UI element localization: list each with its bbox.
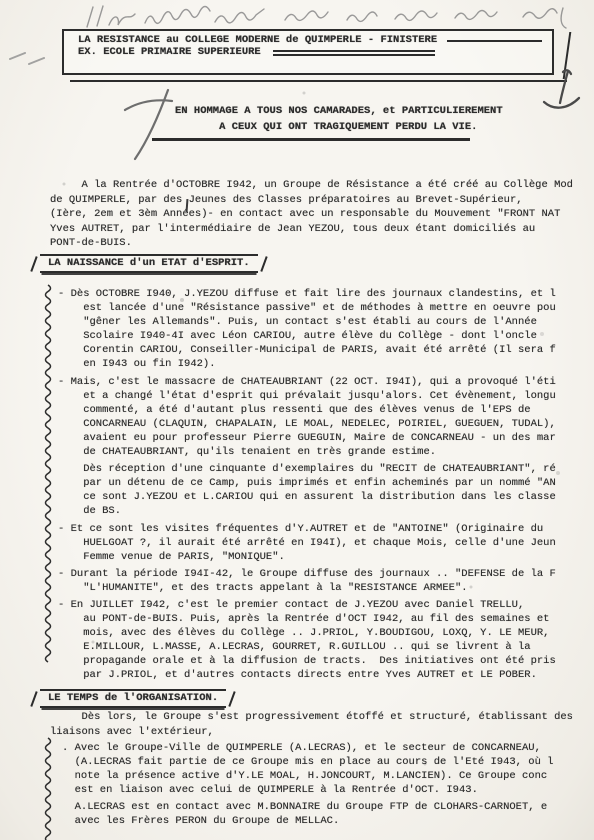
section-list-organisation: . Avec le Groupe-Ville de QUIMPERLE (A.L… [62, 741, 592, 832]
section-heading-naissance: LA NAISSANCE d'un ETAT d'ESPRIT. [33, 254, 265, 273]
list-item: Dès réception d'une cinquante d'exemplai… [58, 462, 594, 518]
heading-slash-mark [228, 691, 235, 707]
heading-slash-mark [260, 256, 267, 272]
list-item: - Et ce sont les visites fréquentes d'Y.… [58, 522, 594, 564]
subtitle-rule [273, 50, 435, 56]
scan-noise-specks [0, 0, 2, 2]
title-box: LA RESISTANCE au COLLEGE MODERNE de QUIM… [62, 29, 554, 75]
document-title: LA RESISTANCE au COLLEGE MODERNE de QUIM… [78, 34, 437, 46]
title-box-shadow-line [70, 80, 567, 82]
document-subtitle: EX. ECOLE PRIMAIRE SUPERIEURE [78, 46, 261, 58]
list-item: - Mais, c'est le massacre de CHATEAUBRIA… [58, 375, 594, 460]
heading-slash-mark [30, 691, 37, 707]
heading-slash-mark [30, 256, 37, 272]
margin-dash-marks [8, 46, 50, 70]
margin-brace [43, 285, 54, 665]
list-item: - Durant la période I94I-42, le Groupe d… [58, 567, 594, 595]
list-item: - En JUILLET I942, c'est le premier cont… [58, 598, 594, 683]
list-item: - Dès OCTOBRE I940, J.YEZOU diffuse et f… [58, 287, 594, 372]
list-item: A.LECRAS est en contact avec M.BONNAIRE … [62, 800, 592, 828]
scanned-page: LA RESISTANCE au COLLEGE MODERNE de QUIM… [0, 0, 594, 840]
intro-paragraph: A la Rentrée d'OCTOBRE I942, un Groupe d… [50, 178, 573, 251]
section-heading-label: LE TEMPS de l'ORGANISATION. [40, 689, 226, 708]
section-list-naissance: - Dès OCTOBRE I940, J.YEZOU diffuse et f… [58, 287, 594, 686]
check-mark [122, 88, 180, 162]
dedication-text: EN HOMMAGE A TOUS NOS CAMARADES, et PART… [175, 104, 503, 135]
dedication-underline [152, 138, 470, 141]
list-item: . Avec le Groupe-Ville de QUIMPERLE (A.L… [62, 741, 592, 797]
title-rule [447, 40, 542, 42]
section-heading-organisation: LE TEMPS de l'ORGANISATION. [33, 689, 233, 708]
page-number-mark [538, 68, 584, 112]
margin-brace [43, 738, 54, 840]
section-heading-label: LA NAISSANCE d'un ETAT d'ESPRIT. [40, 254, 258, 273]
section-intro-paragraph: Dès lors, le Groupe s'est progressivemen… [50, 710, 573, 739]
